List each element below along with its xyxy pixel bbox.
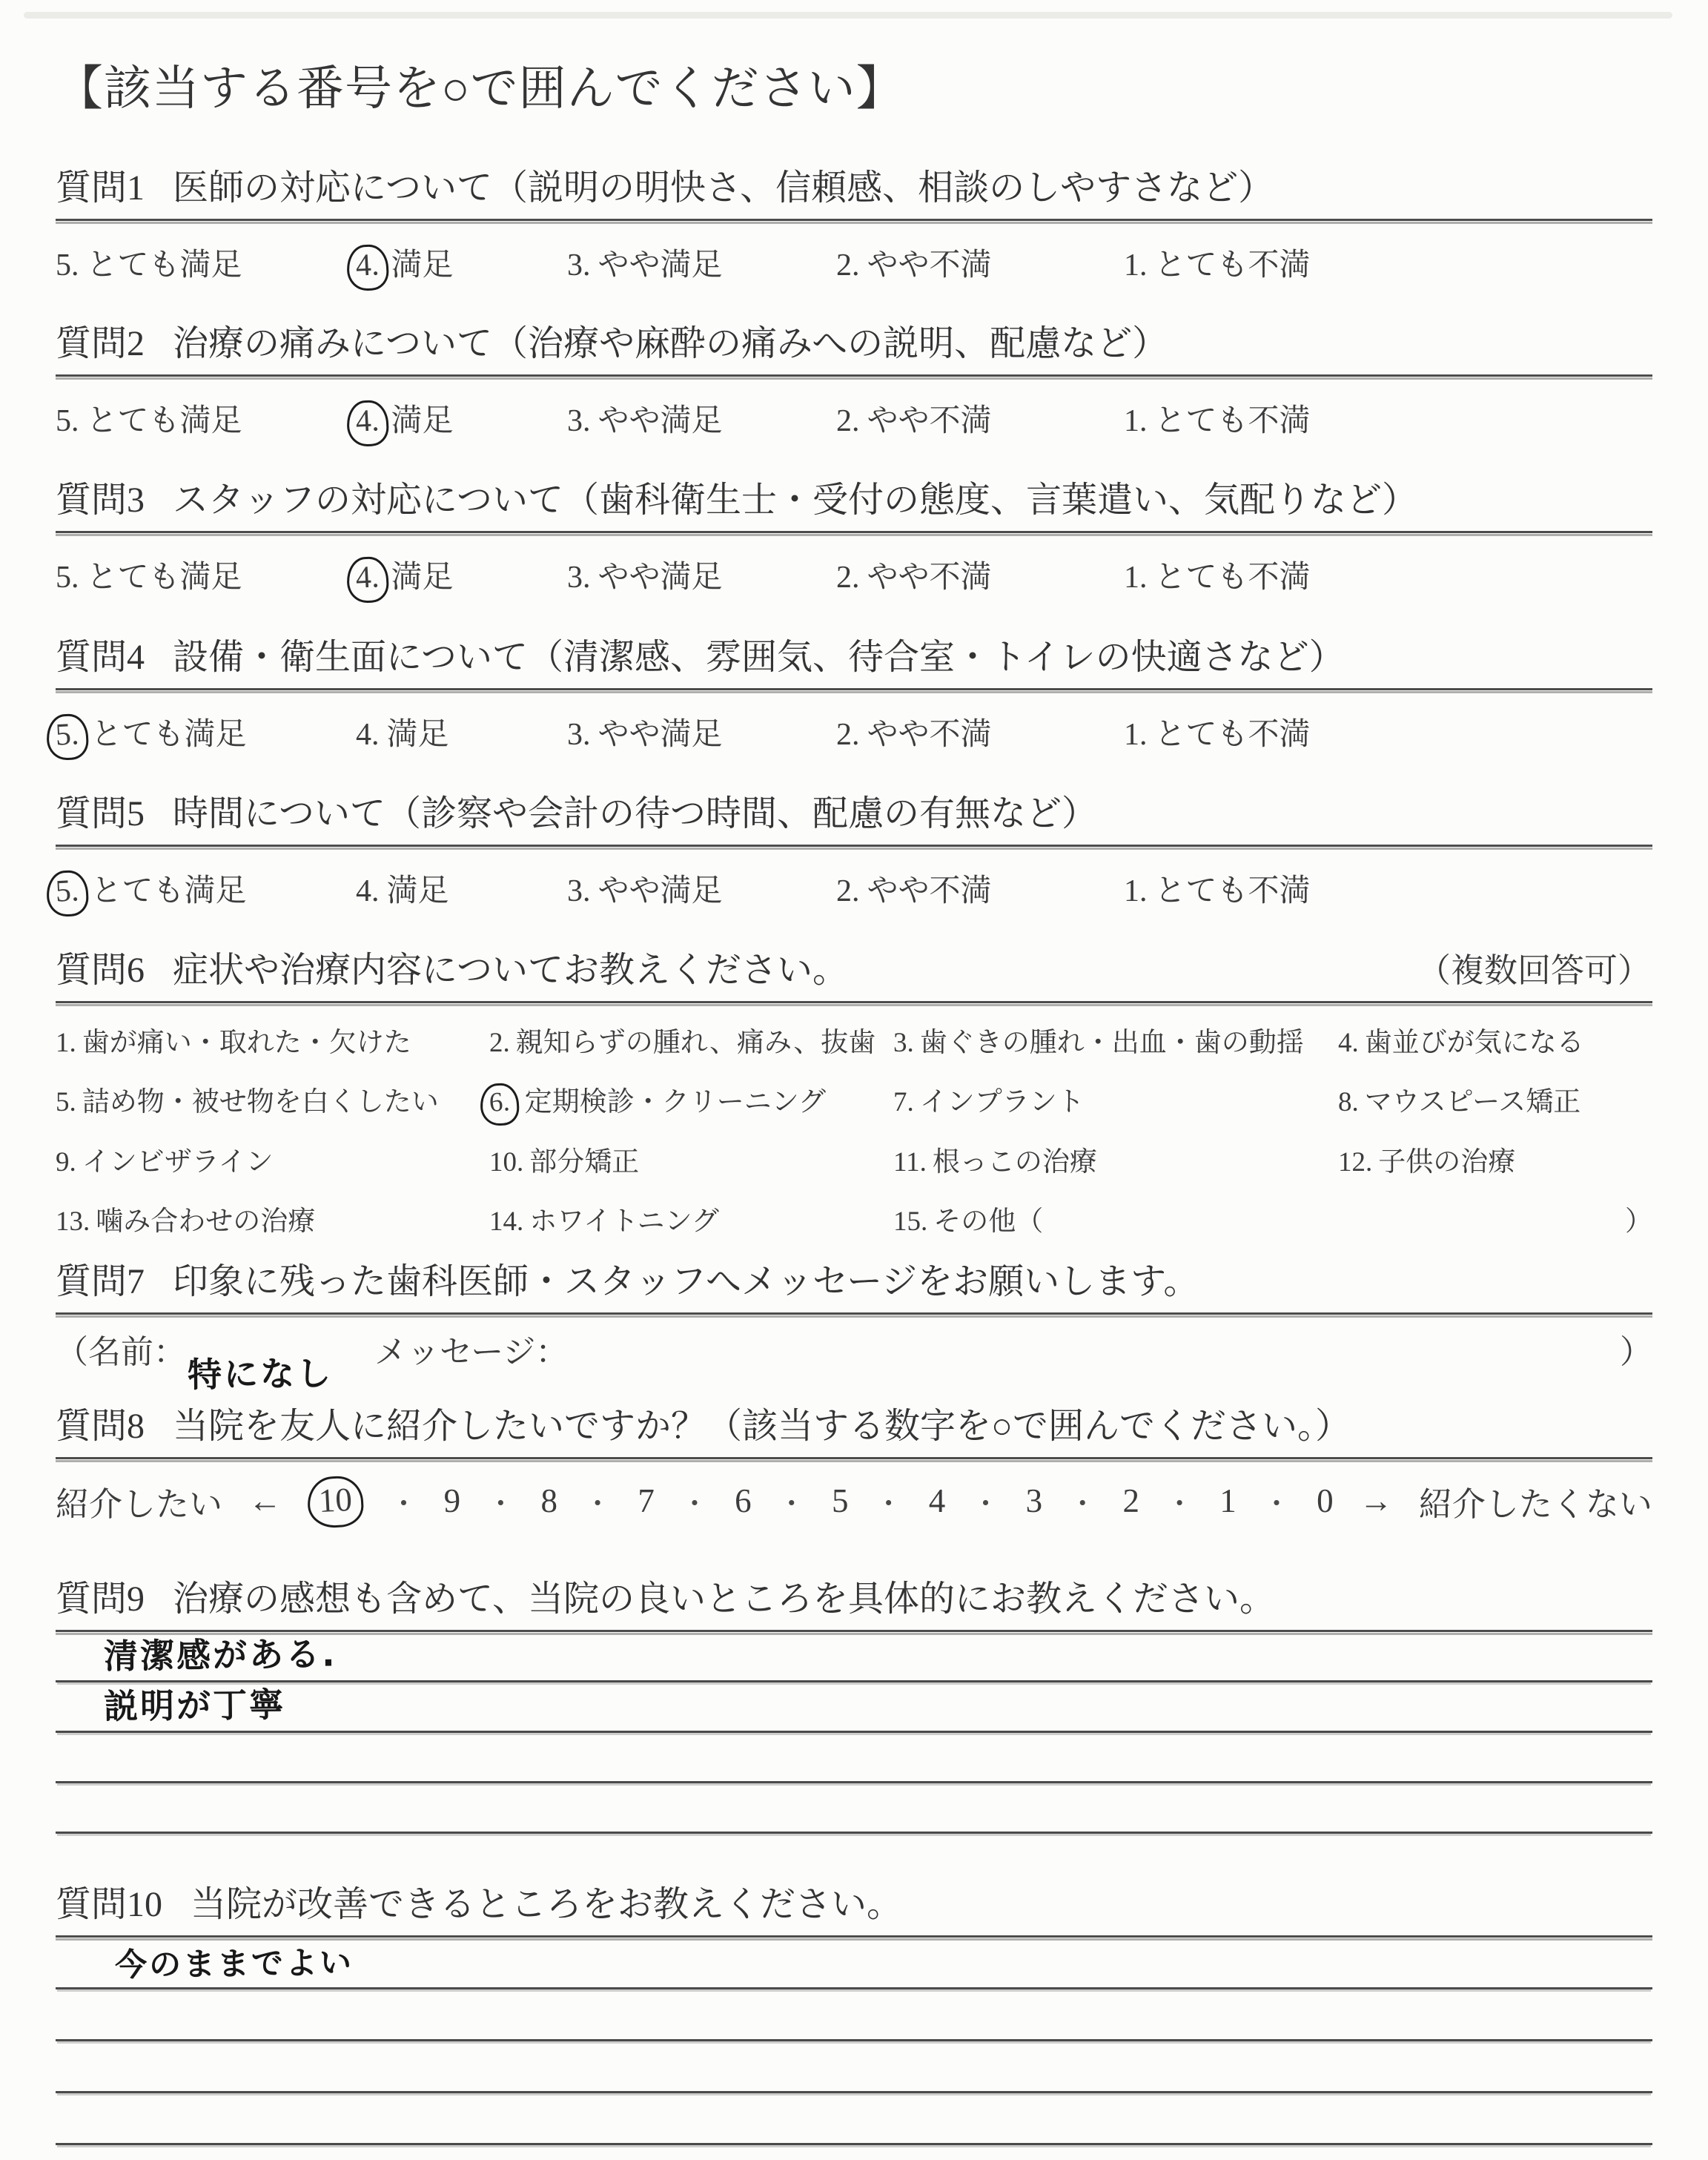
scale-number-2: 2 [1122,1482,1139,1520]
option-partial-ortho: 10.部分矯正 [489,1139,893,1179]
question-title: 治療の感想も含めて、当院の良いところを具体的にお教えください。 [173,1579,1275,1619]
question-title: 医師の対応について（説明の明快さ、信頼感、相談のしやすさなど） [173,168,1274,208]
question-title: 治療の痛みについて（治療や麻酔の痛みへの説明、配慮など） [173,324,1168,363]
option-number: 3. [567,248,591,283]
scale-number-1: 1 [1219,1482,1237,1520]
handwritten-answer: 清潔感がある. [104,1627,337,1678]
other-close-paren: ） [1625,1198,1652,1238]
option-label: とても不満 [1155,718,1311,752]
option-label: やや不満 [867,248,992,283]
option-number: 13. [56,1206,90,1237]
option-label: とても満足 [87,404,242,438]
scale-separator: ・ [389,1481,417,1522]
option-label: 子供の治療 [1378,1147,1515,1178]
answer-line-2: 説明が丁寧 [56,1682,1652,1733]
option-label: 歯ぐきの腫れ・出血・歯の動揺 [920,1028,1304,1058]
circled-number: 10 [307,1475,365,1529]
circled-number: 5. [45,713,89,761]
option-whiten-filling: 5.詰め物・被せ物を白くしたい [56,1079,489,1120]
option-label: ホワイトニング [529,1206,719,1237]
option-label: やや不満 [867,561,992,595]
option-somewhat-satisfied: 3.やや満足 [567,240,836,285]
question-label: 質問10 [56,1885,162,1924]
question-2-section: 質問2治療の痛みについて（治療や麻酔の痛みへの説明、配慮など） 5.とても満足 … [56,323,1652,440]
question-9-heading: 質問9治療の感想も含めて、当院の良いところを具体的にお教えください。 [56,1578,1652,1621]
question-1-section: 質問1医師の対応について（説明の明快さ、信頼感、相談のしやすさなど） 5.とても… [56,167,1652,285]
option-somewhat-satisfied: 3.やや満足 [567,552,836,597]
question-title: 当院が改善できるところをお教えください。 [191,1885,902,1924]
page-title: 【該当する番号を○で囲んでください】 [56,63,1652,115]
question-3-heading: 質問3スタッフの対応について（歯科衛生士・受付の態度、言葉遣い、気配りなど） [56,479,1652,522]
option-label: 噛み合わせの治療 [96,1206,315,1237]
scale-number-3: 3 [1026,1482,1043,1520]
question-5-heading: 質問5時間について（診察や会計の待つ時間、配慮の有無など） [56,793,1652,836]
question-8-section: 質問8当院を友人に紹介したいですか？（該当する数字を○で囲んでください。） 紹介… [56,1405,1652,1525]
option-number: 5. [56,1087,76,1117]
divider-line [56,845,1652,847]
option-label: とても満足 [91,718,247,752]
option-label: やや満足 [598,874,723,908]
option-number: 2. [836,404,860,438]
message-field-label: メッセージ： [374,1325,568,1373]
option-number: 3. [567,404,591,438]
option-label: 満足 [387,718,449,752]
answer-line-2-blank [56,1989,1652,2041]
option-label: 親知らずの腫れ、痛み、抜歯 [516,1028,875,1058]
option-number: 8. [1338,1087,1359,1117]
circled-number: 4. [345,399,389,447]
option-very-satisfied: 5.とても満足 [56,396,356,440]
question-5-options: 5.とても満足 4.満足 3.やや満足 2.やや不満 1.とても不満 [56,866,1652,911]
circled-number: 4. [345,243,389,291]
answer-line-1: 今のままでよい [56,1938,1652,1989]
scale-separator: ・ [583,1481,612,1522]
scale-number-9: 9 [444,1482,461,1520]
option-tooth-pain: 1.歯が痛い・取れた・欠けた [56,1020,489,1060]
scanned-survey-page: 【該当する番号を○で囲んでください】 質問1医師の対応について（説明の明快さ、信… [0,0,1708,2160]
option-very-dissatisfied: 1.とても不満 [1124,552,1311,597]
question-label: 質問5 [56,794,145,833]
scale-separator: ・ [681,1481,709,1522]
option-number: 5. [56,248,79,283]
scale-separator: ・ [778,1481,806,1522]
question-label: 質問1 [56,168,145,208]
option-label: 定期検診・クリーニング [525,1087,826,1117]
divider-line [56,531,1652,533]
option-label: とても満足 [91,874,247,908]
option-very-satisfied-selected: 5.とても満足 [56,866,356,911]
scale-separator: ・ [1068,1481,1096,1522]
option-number: 9. [56,1147,76,1178]
option-satisfied: 4.満足 [356,710,567,754]
option-number: 3. [893,1028,914,1058]
circled-number: 6. [480,1082,520,1126]
question-4-section: 質問4設備・衛生面について（清潔感、雰囲気、待合室・トイレの快適さなど） 5.と… [56,636,1652,754]
scale-separator: ・ [875,1481,903,1522]
question-6-options: 1.歯が痛い・取れた・欠けた 2.親知らずの腫れ、痛み、抜歯 3.歯ぐきの腫れ・… [56,1020,1652,1238]
question-3-section: 質問3スタッフの対応について（歯科衛生士・受付の態度、言葉遣い、気配りなど） 5… [56,479,1652,597]
option-label: マウスピース矯正 [1365,1087,1581,1117]
question-10-heading: 質問10当院が改善できるところをお教えください。 [56,1883,1652,1926]
option-somewhat-satisfied: 3.やや満足 [567,396,836,440]
left-arrow-icon: ← [248,1482,282,1520]
question-title: スタッフの対応について（歯科衛生士・受付の態度、言葉遣い、気配りなど） [173,480,1417,520]
option-number: 11. [893,1147,927,1178]
divider-line [56,219,1652,221]
option-number: 1. [1124,248,1148,283]
question-title: 時間について（診察や会計の待つ時間、配慮の有無など） [173,794,1097,833]
option-bite-treatment: 13.噛み合わせの治療 [56,1198,489,1238]
scale-separator: ・ [971,1481,999,1522]
option-number: 2. [836,718,860,752]
option-number: 5. [56,404,79,438]
option-somewhat-satisfied: 3.やや満足 [567,866,836,911]
option-label: インプラント [920,1087,1085,1117]
option-label: やや満足 [598,404,723,438]
answer-line-4-blank [56,1783,1652,1834]
question-title: 当院を友人に紹介したいですか？（該当する数字を○で囲んでください。） [173,1407,1351,1446]
option-somewhat-dissatisfied: 2.やや不満 [836,710,1124,754]
option-very-dissatisfied: 1.とても不満 [1124,866,1311,911]
option-somewhat-dissatisfied: 2.やや不満 [836,396,1124,440]
question-5-section: 質問5時間について（診察や会計の待つ時間、配慮の有無など） 5.とても満足 4.… [56,793,1652,911]
option-number: 4. [356,718,380,752]
option-label: 満足 [387,874,449,908]
option-wisdom-tooth: 2.親知らずの腫れ、痛み、抜歯 [489,1020,893,1060]
handwritten-answer: 説明が丁寧 [104,1677,286,1728]
divider-line [56,1001,1652,1003]
option-somewhat-dissatisfied: 2.やや不満 [836,552,1124,597]
scale-separator: ・ [486,1481,514,1522]
option-number: 4. [1338,1028,1359,1058]
question-4-heading: 質問4設備・衛生面について（清潔感、雰囲気、待合室・トイレの快適さなど） [56,636,1652,679]
option-alignment: 4.歯並びが気になる [1338,1020,1652,1060]
scale-number-10-selected: 10 [308,1481,363,1522]
option-label: 満足 [391,404,454,438]
option-number: 2. [836,874,860,908]
option-label: インビザライン [82,1147,274,1178]
question-label: 質問6 [56,951,145,990]
scale-number-7: 7 [638,1482,655,1520]
question-label: 質問3 [56,480,145,520]
handwritten-answer: 今のままでよい [115,1938,354,1985]
option-very-satisfied: 5.とても満足 [56,240,356,285]
option-number: 12. [1338,1147,1372,1178]
option-number: 1. [1124,561,1148,595]
option-label: とても満足 [87,248,242,283]
question-8-heading: 質問8当院を友人に紹介したいですか？（該当する数字を○で囲んでください。） [56,1405,1652,1448]
option-child-treatment: 12.子供の治療 [1338,1139,1652,1179]
question-4-options: 5.とても満足 4.満足 3.やや満足 2.やや不満 1.とても不満 [56,710,1652,754]
option-label: とても不満 [1155,404,1311,438]
option-label: やや満足 [598,561,723,595]
option-number: 3. [567,718,591,752]
question-title: 印象に残った歯科医師・スタッフへメッセージをお願いします。 [173,1262,1199,1301]
name-field-label: （名前： [56,1325,186,1373]
option-label: とても不満 [1155,874,1311,908]
option-whitening: 14.ホワイトニング [489,1198,893,1238]
option-label: とても不満 [1155,561,1311,595]
option-label: やや不満 [867,874,992,908]
option-number: 4. [356,874,380,908]
option-label: やや満足 [598,718,723,752]
scale-number-0: 0 [1317,1482,1334,1520]
scale-number-6: 6 [735,1482,752,1520]
option-number: 1. [1124,874,1148,908]
question-label: 質問7 [56,1262,145,1301]
question-1-options: 5.とても満足 4.満足 3.やや満足 2.やや不満 1.とても不満 [56,240,1652,285]
close-paren: ） [1620,1325,1652,1373]
question-6-section: 質問6症状や治療内容についてお教えください。（複数回答可） 1.歯が痛い・取れた… [56,949,1652,1238]
question-label: 質問4 [56,638,145,677]
scale-right-label: 紹介したくない [1419,1477,1652,1525]
circled-number: 5. [45,869,89,917]
question-9-section: 質問9治療の感想も含めて、当院の良いところを具体的にお教えください。 清潔感があ… [56,1578,1652,1834]
option-number: 2. [836,248,860,283]
question-title: 症状や治療内容についてお教えください。 [173,951,848,990]
option-invisalign: 9.インビザライン [56,1139,489,1179]
option-very-dissatisfied: 1.とても不満 [1124,710,1311,754]
option-satisfied-selected: 4.満足 [356,396,567,440]
option-number: 15. [893,1206,927,1237]
divider-line [56,374,1652,377]
option-somewhat-dissatisfied: 2.やや不満 [836,240,1124,285]
title-section: 【該当する番号を○で囲んでください】 [56,63,1652,115]
option-somewhat-satisfied: 3.やや満足 [567,710,836,754]
option-root-canal: 11.根っこの治療 [893,1139,1338,1179]
option-label: とても満足 [87,561,242,595]
option-very-dissatisfied: 1.とても不満 [1124,240,1311,285]
option-number: 1. [1124,718,1148,752]
question-2-heading: 質問2治療の痛みについて（治療や麻酔の痛みへの説明、配慮など） [56,323,1652,366]
divider-line [56,688,1652,690]
scale-left-label: 紹介したい [56,1477,222,1525]
option-label: 詰め物・被せ物を白くしたい [82,1087,439,1117]
question-7-section: 質問7印象に残った歯科医師・スタッフへメッセージをお願いします。 （名前： 特に… [56,1261,1652,1414]
question-label: 質問9 [56,1579,145,1619]
divider-line [56,1457,1652,1459]
name-message-row: （名前： 特になし メッセージ： ） [56,1325,1652,1414]
option-label: やや不満 [867,404,992,438]
handwritten-name-answer: 特になし [188,1347,334,1397]
scale-number-4: 4 [929,1482,946,1520]
option-satisfied: 4.満足 [356,866,567,911]
question-1-heading: 質問1医師の対応について（説明の明快さ、信頼感、相談のしやすさなど） [56,167,1652,210]
question-label: 質問2 [56,324,145,363]
option-number: 5. [56,561,79,595]
option-label: 満足 [391,248,454,283]
scale-separator: ・ [1262,1481,1291,1522]
option-number: 10. [489,1147,523,1178]
answer-line-3-blank [56,2041,1652,2093]
option-number: 2. [836,561,860,595]
divider-line [56,1312,1652,1315]
option-satisfied-selected: 4.満足 [356,552,567,597]
option-label: やや満足 [598,248,723,283]
option-somewhat-dissatisfied: 2.やや不満 [836,866,1124,911]
scale-separator: ・ [1165,1481,1194,1522]
option-label: やや不満 [867,718,992,752]
option-very-satisfied-selected: 5.とても満足 [56,710,356,754]
option-label: とても不満 [1155,248,1311,283]
option-satisfied-selected: 4.満足 [356,240,567,285]
question-7-heading: 質問7印象に残った歯科医師・スタッフへメッセージをお願いします。 [56,1261,1652,1304]
option-label: 根っこの治療 [933,1147,1097,1178]
scan-artifact-line [24,12,1672,19]
answer-line-3-blank [56,1733,1652,1783]
option-other: 15.その他（ [893,1198,1338,1238]
option-implant: 7.インプラント [893,1079,1338,1120]
option-label: その他（ [933,1206,1043,1237]
option-label: 部分矯正 [529,1147,639,1178]
option-label: 満足 [391,561,454,595]
option-very-satisfied: 5.とても満足 [56,552,356,597]
option-very-dissatisfied: 1.とても不満 [1124,396,1311,440]
question-2-options: 5.とても満足 4.満足 3.やや満足 2.やや不満 1.とても不満 [56,396,1652,440]
question-title: 設備・衛生面について（清潔感、雰囲気、待合室・トイレの快適さなど） [173,638,1345,677]
answer-line-1: 清潔感がある. [56,1632,1652,1682]
option-number: 1. [1124,404,1148,438]
option-number: 7. [893,1087,914,1117]
answer-line-4-blank [56,2093,1652,2145]
option-gum-swelling: 3.歯ぐきの腫れ・出血・歯の動揺 [893,1020,1338,1060]
option-label: 歯並びが気になる [1365,1028,1584,1058]
question-3-options: 5.とても満足 4.満足 3.やや満足 2.やや不満 1.とても不満 [56,552,1652,597]
scale-number-8: 8 [540,1482,557,1520]
option-number: 3. [567,874,591,908]
question-6-heading: 質問6症状や治療内容についてお教えください。（複数回答可） [56,949,1652,992]
option-checkup-cleaning-selected: 6.定期検診・クリーニング [489,1079,893,1120]
option-number: 1. [56,1028,76,1058]
option-number: 2. [489,1028,510,1058]
option-label: 歯が痛い・取れた・欠けた [82,1028,411,1058]
recommend-scale: 紹介したい ← 10 ・ 9 ・ 8 ・ 7 ・ 6 ・ 5 ・ 4 ・ 3 ・… [56,1477,1652,1525]
question-label: 質問8 [56,1407,145,1446]
multiple-answers-note: （複数回答可） [1417,951,1651,991]
option-number: 3. [567,561,591,595]
right-arrow-icon: → [1360,1482,1393,1520]
option-mouthpiece: 8.マウスピース矯正 [1338,1079,1652,1120]
option-number: 14. [489,1206,523,1237]
scale-number-5: 5 [832,1482,849,1520]
question-10-section: 質問10当院が改善できるところをお教えください。 今のままでよい [56,1883,1652,2145]
circled-number: 4. [345,555,389,604]
